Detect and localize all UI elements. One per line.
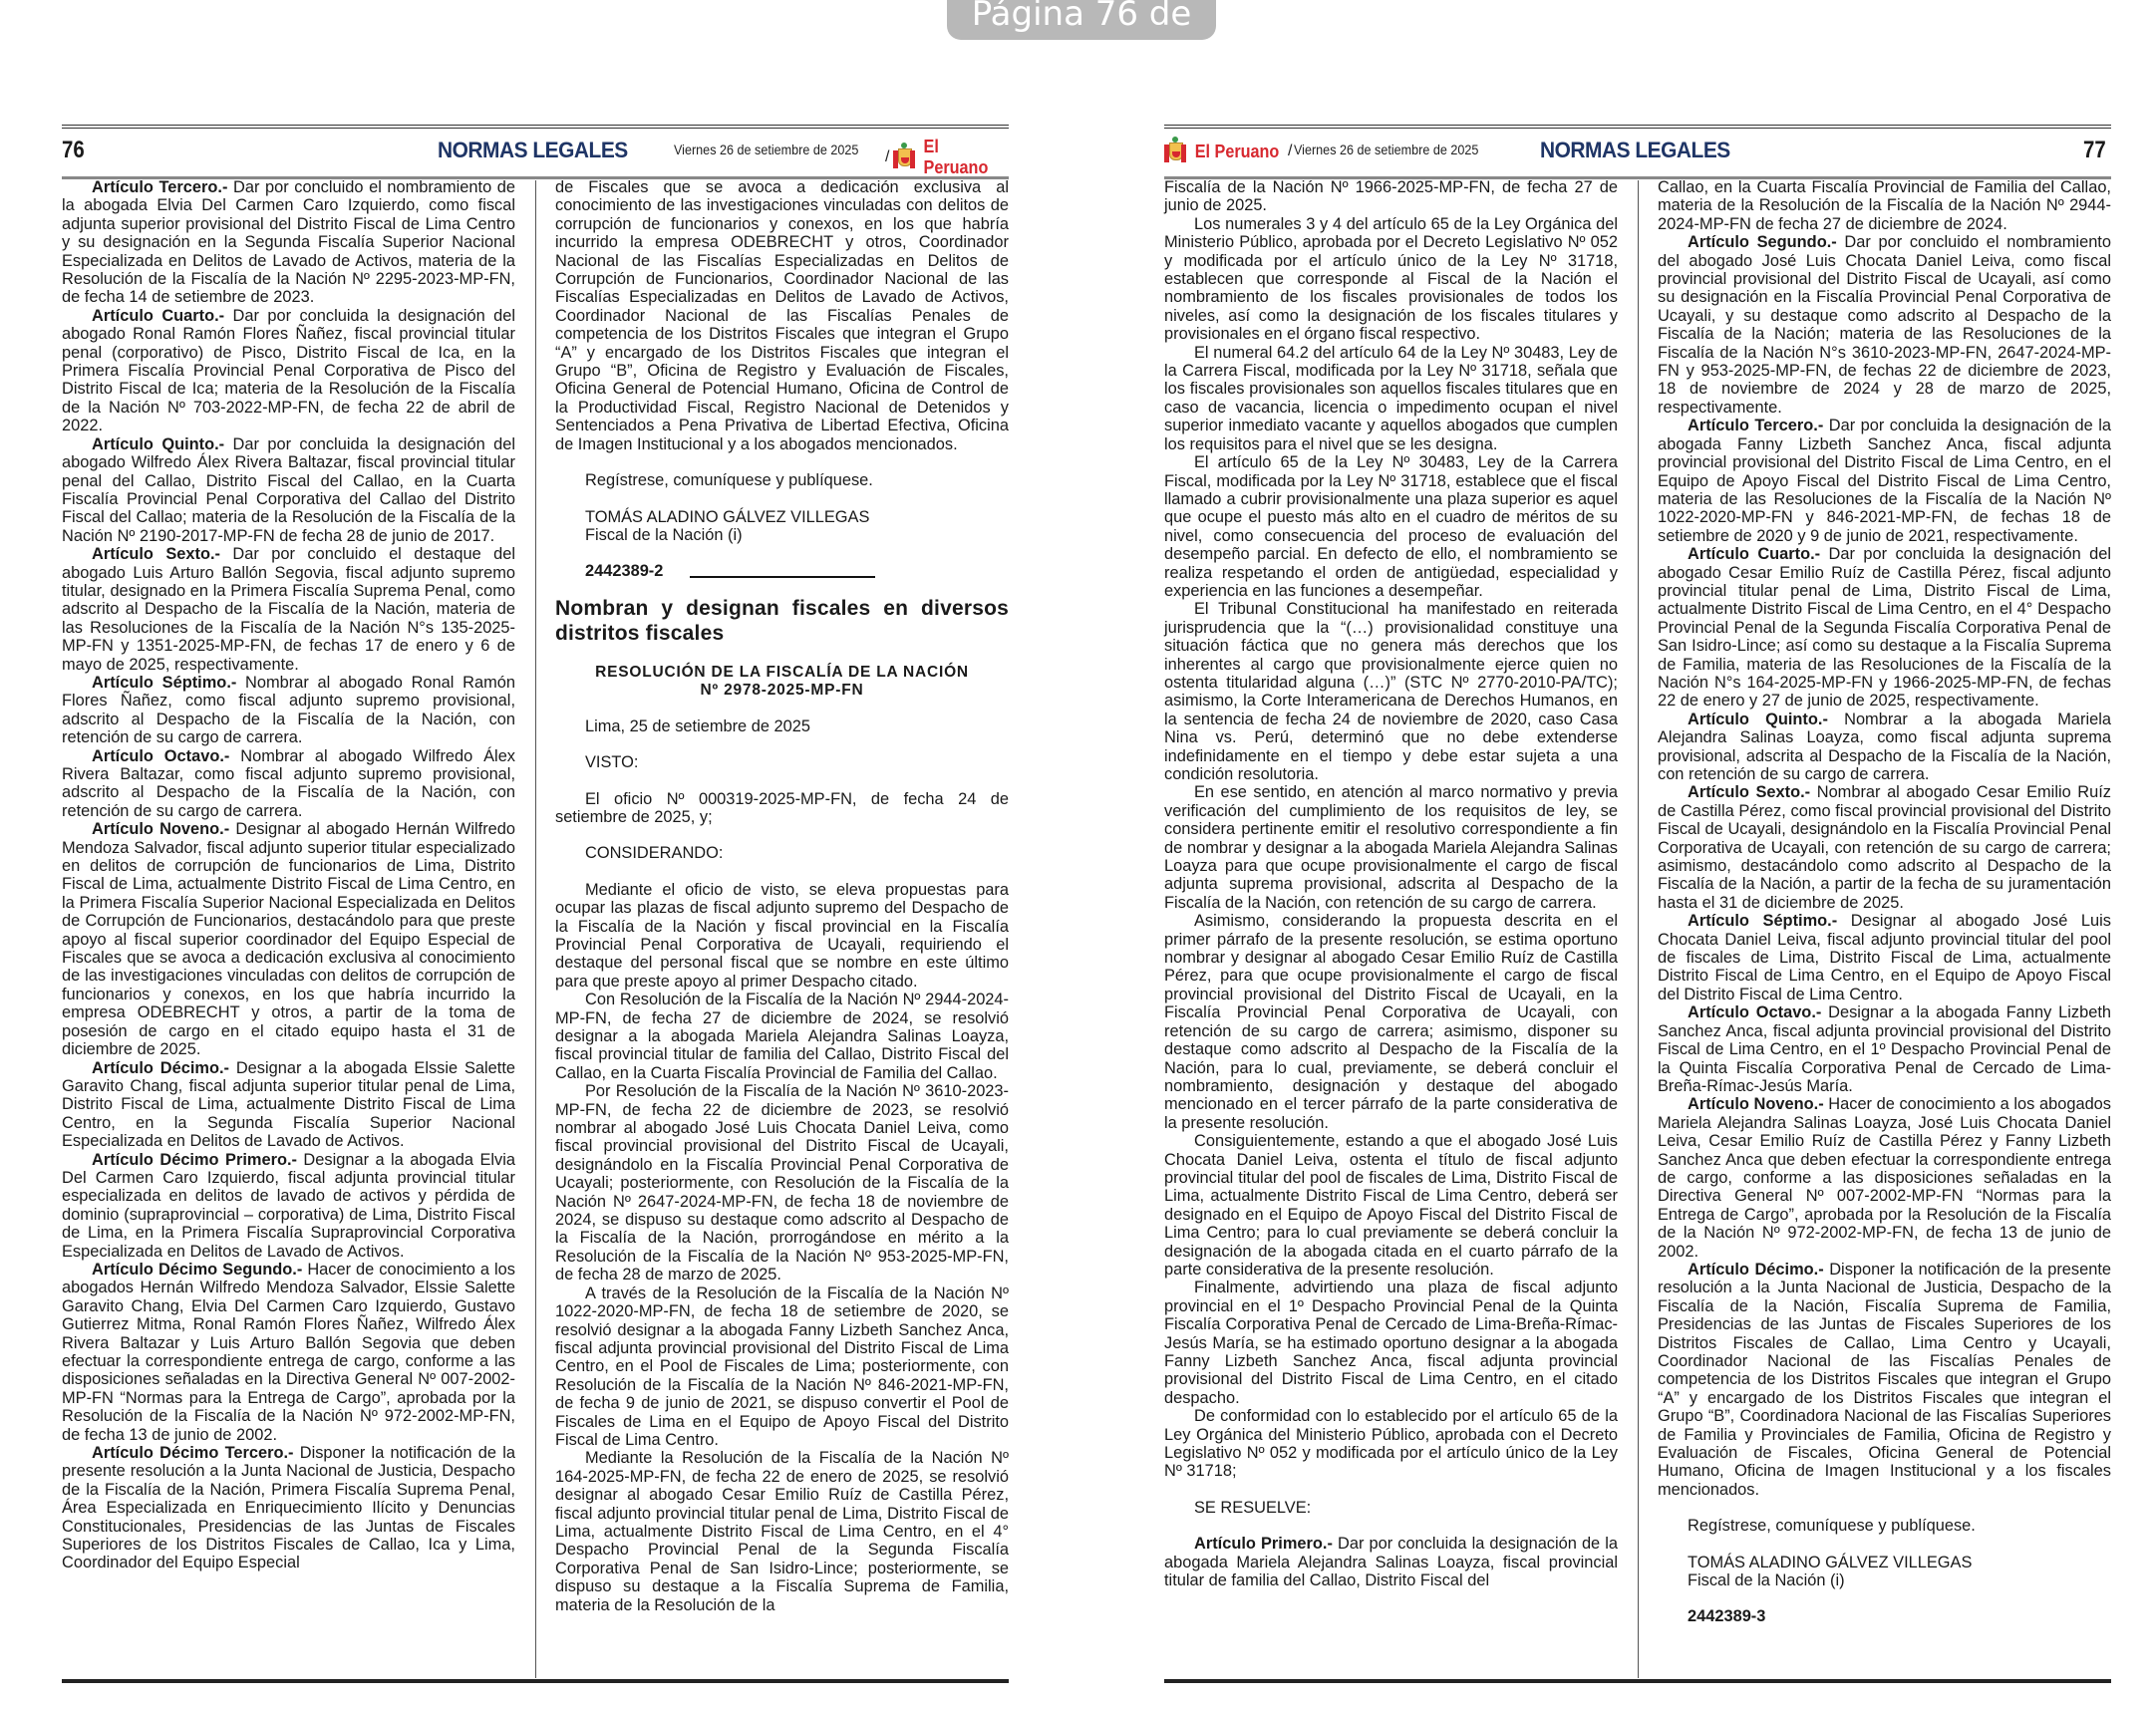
article-paragraph: Artículo Segundo.- Dar por concluido el … [1658, 233, 2111, 417]
article-paragraph: Artículo Primero.- Dar por concluida la … [1164, 1535, 1618, 1589]
article-paragraph: Artículo Tercero.- Dar por concluida la … [1658, 417, 2111, 545]
section-title: NORMAS LEGALES [438, 138, 628, 163]
paragraph: Asimismo, considerando la propuesta desc… [1164, 912, 1618, 1132]
article-paragraph: Artículo Décimo Primero.- Designar a la … [62, 1151, 515, 1261]
article-paragraph: Artículo Octavo.- Nombrar al abogado Wil… [62, 747, 515, 821]
resolution-heading: RESOLUCIÓN DE LA FISCALÍA DE LA NACIÓNNº… [555, 664, 1009, 700]
article-paragraph: Artículo Décimo Tercero.- Disponer la no… [62, 1444, 515, 1572]
page-76: 76 NORMAS LEGALES Viernes 26 de setiembr… [62, 125, 1009, 1709]
article-paragraph: Artículo Séptimo.- Designar al abogado J… [1658, 912, 2111, 1003]
column-divider [535, 180, 536, 1678]
article-paragraph: Artículo Cuarto.- Dar por concluida la d… [1658, 545, 2111, 711]
footer-rule [1164, 1679, 2111, 1683]
paragraph: Consiguientemente, estando a que el abog… [1164, 1132, 1618, 1279]
brand: / El Peruano [885, 137, 1009, 178]
signer-name: TOMÁS ALADINO GÁLVEZ VILLEGAS [555, 508, 1009, 526]
section-title: NORMAS LEGALES [1540, 138, 1730, 163]
paragraph: Con Resolución de la Fiscalía de la Naci… [555, 991, 1009, 1082]
page-header: El Peruano / Viernes 26 de setiembre de … [1164, 125, 2111, 179]
issue-date: Viernes 26 de setiembre de 2025 [674, 142, 858, 157]
column-1: Fiscalía de la Nación Nº 1966-2025-MP-FN… [1164, 178, 1618, 1589]
column-2: Callao, en la Cuarta Fiscalía Provincial… [1658, 178, 2111, 1626]
article-paragraph: Artículo Noveno.- Designar al abogado He… [62, 820, 515, 1058]
coat-of-arms-icon [893, 142, 914, 172]
closing-formula: Regístrese, comuníquese y publíquese. [1658, 1517, 2111, 1535]
signer-title: Fiscal de la Nación (i) [1658, 1571, 2111, 1589]
visto-text: El oficio Nº 000319-2025-MP-FN, de fecha… [555, 790, 1009, 827]
brand-name: El Peruano [923, 137, 1004, 178]
closing-formula: Regístrese, comuníquese y publíquese. [555, 471, 1009, 489]
publication-code: 2442389-2 [555, 562, 1009, 580]
page-header: 76 NORMAS LEGALES Viernes 26 de setiembr… [62, 125, 1009, 179]
se-resuelve-heading: SE RESUELVE: [1164, 1499, 1618, 1517]
considerando-heading: CONSIDERANDO: [555, 844, 1009, 862]
page-77: El Peruano / Viernes 26 de setiembre de … [1164, 125, 2111, 1709]
article-paragraph: Artículo Tercero.- Dar por concluido el … [62, 178, 515, 307]
section-separator [690, 576, 875, 578]
columns: Artículo Tercero.- Dar por concluido el … [62, 178, 1009, 1678]
paragraph: El Tribunal Constitucional ha manifestad… [1164, 600, 1618, 783]
signer-title: Fiscal de la Nación (i) [555, 526, 1009, 544]
paragraph: De conformidad con lo establecido por el… [1164, 1407, 1618, 1481]
article-paragraph: Artículo Séptimo.- Nombrar al abogado Ro… [62, 674, 515, 747]
paragraph: Los numerales 3 y 4 del artículo 65 de l… [1164, 215, 1618, 344]
article-paragraph: Artículo Décimo Segundo.- Hacer de conoc… [62, 1261, 515, 1444]
columns: Fiscalía de la Nación Nº 1966-2025-MP-FN… [1164, 178, 2111, 1678]
paragraph: Mediante la Resolución de la Fiscalía de… [555, 1449, 1009, 1614]
page-indicator: Página 76 de 84 [947, 0, 1216, 40]
brand-name: El Peruano [1195, 142, 1280, 162]
paragraph: El numeral 64.2 del artículo 64 de la Le… [1164, 344, 1618, 453]
article-paragraph: Artículo Sexto.- Dar por concluido el de… [62, 545, 515, 674]
page-number: 76 [62, 137, 85, 164]
visto-heading: VISTO: [555, 753, 1009, 771]
column-2: de Fiscales que se avoca a dedicación ex… [555, 178, 1009, 1614]
article-paragraph: Artículo Octavo.- Designar a la abogada … [1658, 1003, 2111, 1095]
paragraph: Fiscalía de la Nación Nº 1966-2025-MP-FN… [1164, 178, 1618, 215]
paragraph: En ese sentido, en atención al marco nor… [1164, 783, 1618, 912]
column-divider [1638, 180, 1639, 1678]
footer-rule [62, 1679, 1009, 1683]
paragraph: Finalmente, advirtiendo una plaza de fis… [1164, 1279, 1618, 1407]
coat-of-arms-icon [1164, 137, 1186, 166]
column-1: Artículo Tercero.- Dar por concluido el … [62, 178, 515, 1572]
brand: El Peruano / [1164, 137, 1292, 166]
paragraph: El artículo 65 de la Ley Nº 30483, Ley d… [1164, 453, 1618, 600]
article-paragraph: Artículo Cuarto.- Dar por concluida la d… [62, 307, 515, 435]
article-paragraph: Artículo Décimo.- Disponer la notificaci… [1658, 1261, 2111, 1499]
paragraph: Mediante el oficio de visto, se eleva pr… [555, 881, 1009, 991]
article-paragraph: Artículo Quinto.- Nombrar a la abogada M… [1658, 711, 2111, 784]
paragraph: Por Resolución de la Fiscalía de la Naci… [555, 1082, 1009, 1283]
paragraph: Callao, en la Cuarta Fiscalía Provincial… [1658, 178, 2111, 233]
page-number: 77 [2083, 137, 2106, 164]
article-paragraph: Artículo Quinto.- Dar por concluida la d… [62, 435, 515, 545]
publication-code: 2442389-3 [1658, 1607, 2111, 1625]
place-date: Lima, 25 de setiembre de 2025 [555, 717, 1009, 735]
article-paragraph: Artículo Noveno.- Hacer de conocimiento … [1658, 1095, 2111, 1261]
paragraph: A través de la Resolución de la Fiscalía… [555, 1284, 1009, 1450]
article-title: Nombran y designan fiscales en diversos … [555, 596, 1009, 646]
article-paragraph: Artículo Décimo.- Designar a la abogada … [62, 1059, 515, 1151]
paragraph: de Fiscales que se avoca a dedicación ex… [555, 178, 1009, 453]
article-paragraph: Artículo Sexto.- Nombrar al abogado Cesa… [1658, 783, 2111, 912]
signer-name: TOMÁS ALADINO GÁLVEZ VILLEGAS [1658, 1554, 2111, 1571]
issue-date: Viernes 26 de setiembre de 2025 [1294, 142, 1478, 157]
